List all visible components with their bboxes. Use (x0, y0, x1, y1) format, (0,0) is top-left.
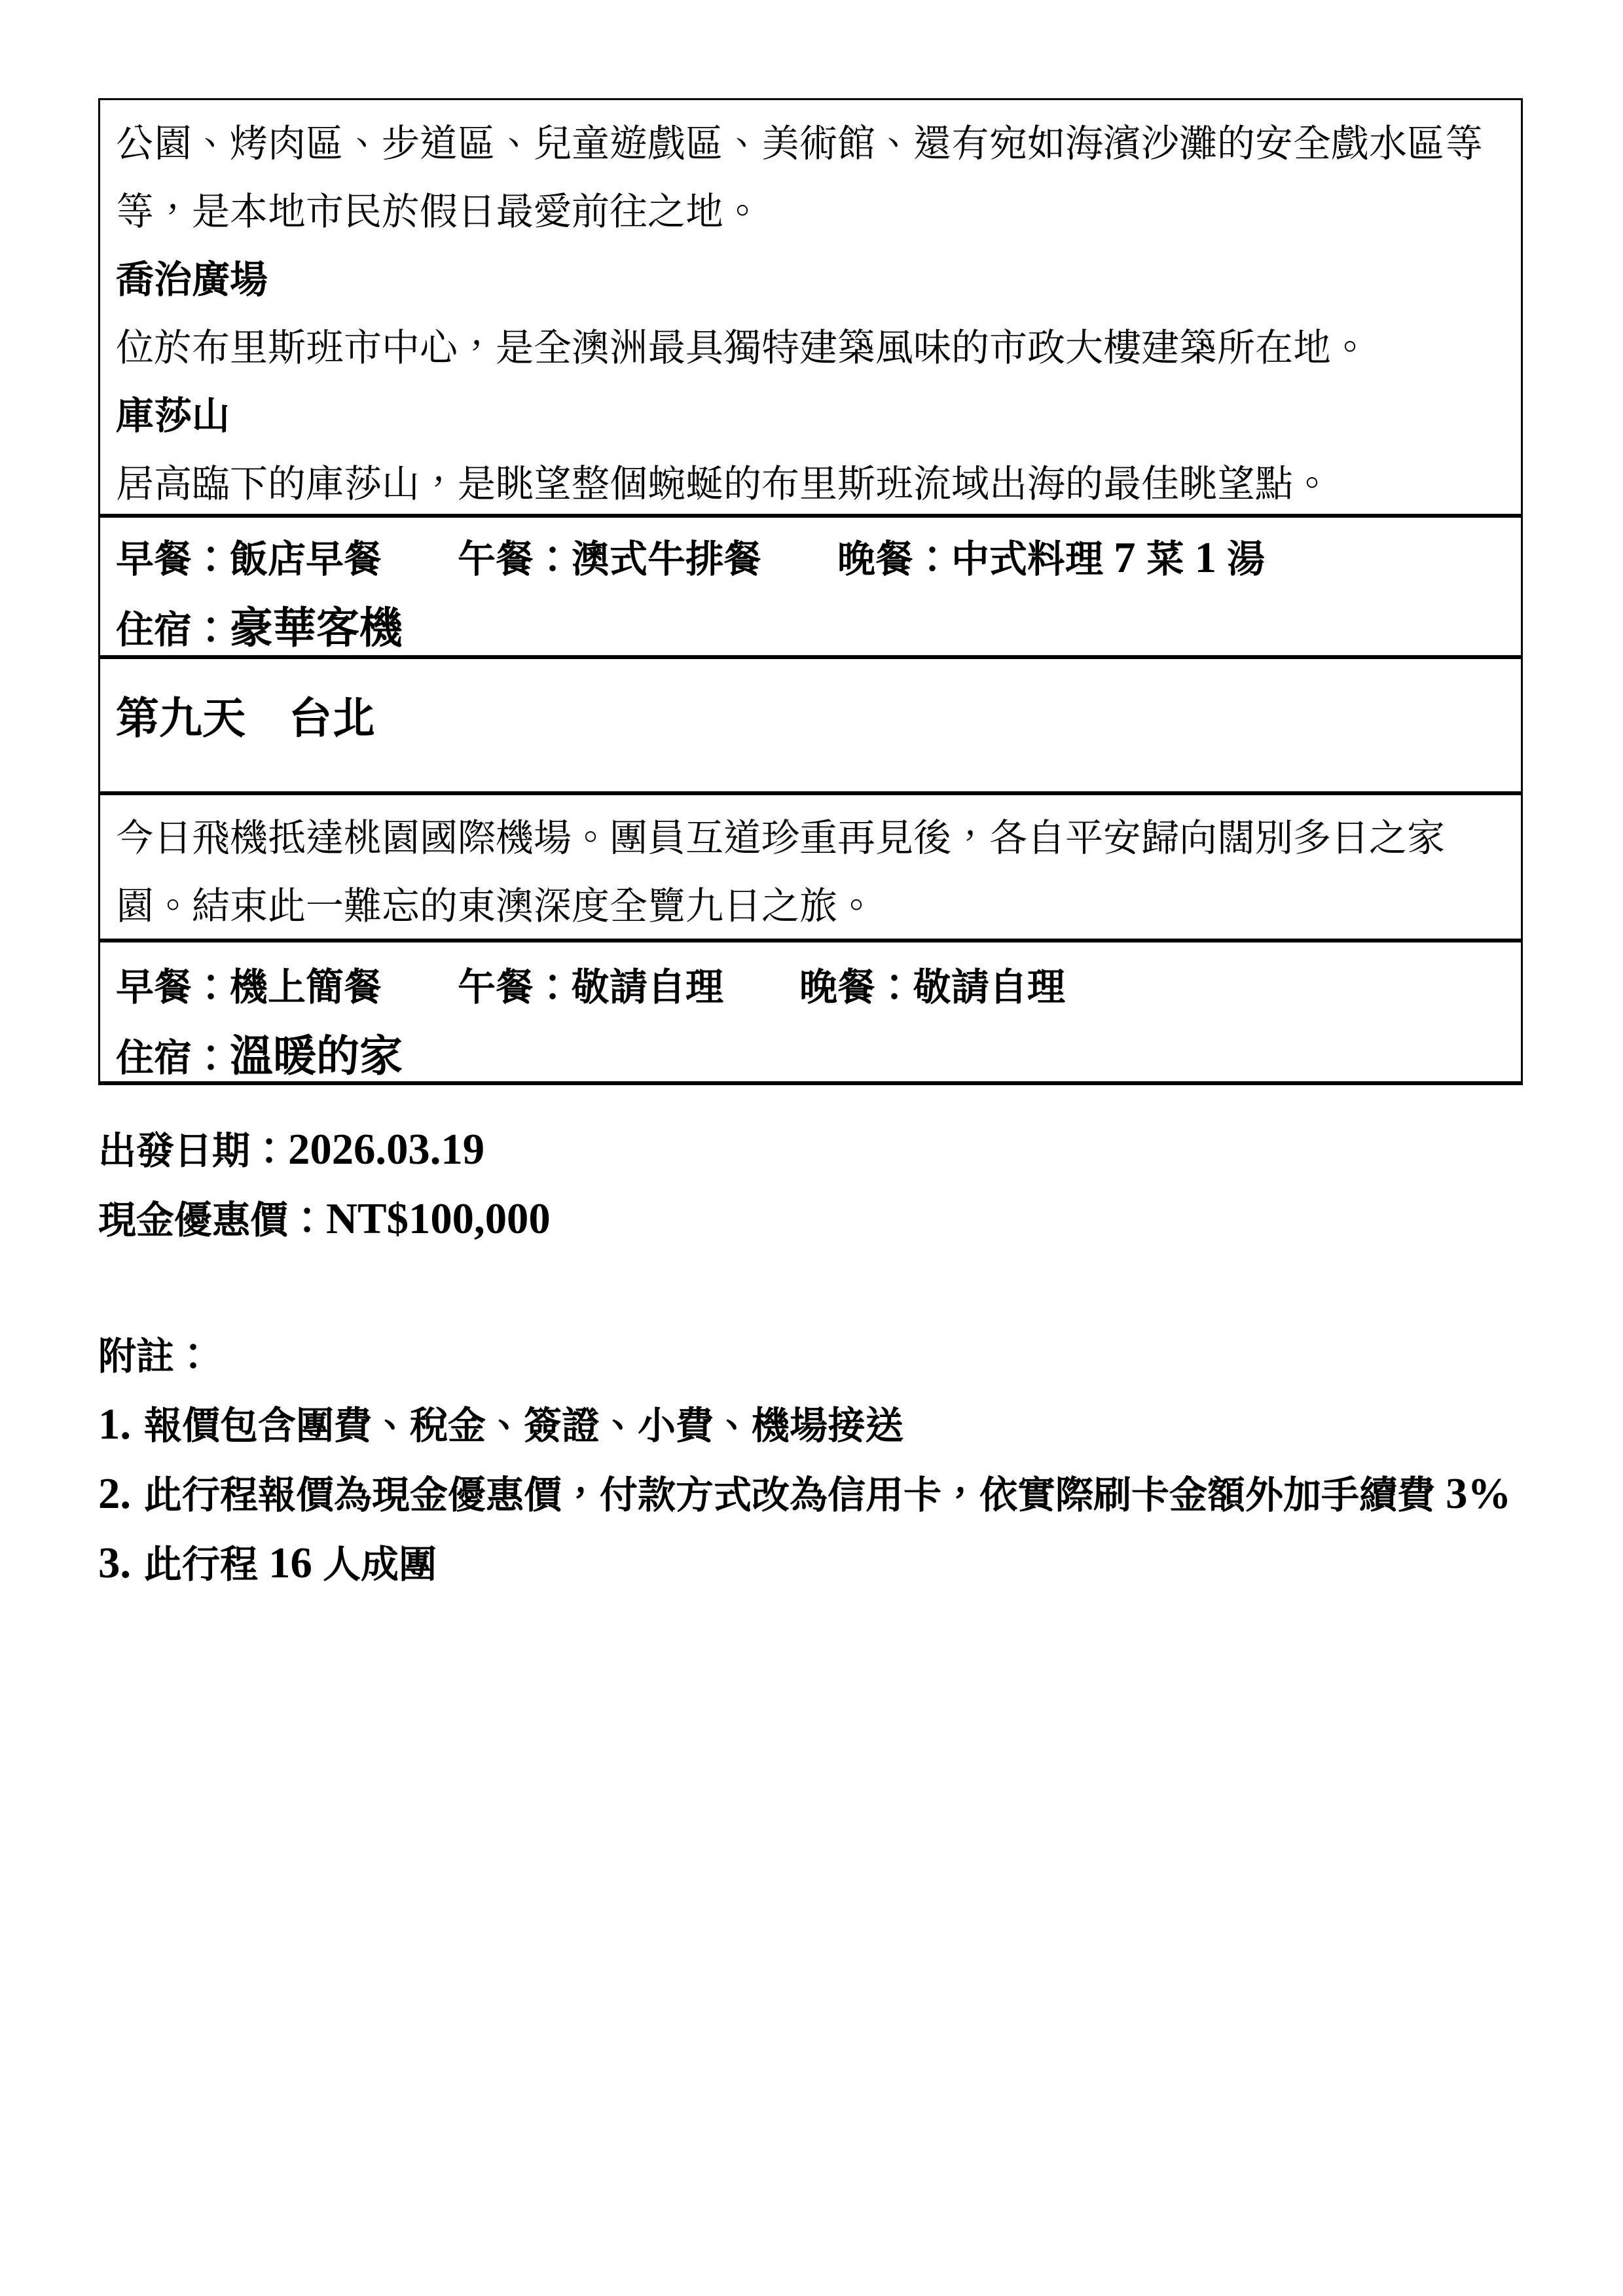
day8-meals-mid: 菜 (1135, 538, 1194, 581)
note-item-3: 3.此行程 16 人成團 (98, 1530, 1525, 1599)
day8-meals-post: 湯 (1216, 538, 1265, 581)
day8-paragraph-line2: 等，是本地市民於假日最愛前往之地。 (116, 178, 1505, 246)
day9-title: 第九天 台北 (116, 684, 1505, 752)
day8-lodging-label: 住宿： (116, 609, 230, 651)
mt-coottha-heading: 庫莎山 (116, 382, 1505, 450)
mt-coottha-text: 居高臨下的庫莎山，是眺望整個蜿蜒的布里斯班流域出海的最佳眺望點。 (116, 450, 1505, 518)
table-row-day9-meals: 早餐：機上簡餐 午餐：敬請自理 晚餐：敬請自理 住宿：溫暖的家 (100, 942, 1521, 1081)
note-3-text-pre: 此行程 (144, 1543, 268, 1586)
note-3-text-post: 人成團 (312, 1543, 437, 1586)
day9-lodging-line: 住宿：溫暖的家 (116, 1022, 1505, 1092)
george-square-heading: 喬治廣場 (116, 246, 1505, 314)
day8-lodging-line: 住宿：豪華客機 (116, 594, 1505, 664)
summary-and-notes: 出發日期：2026.03.19 現金優惠價：NT$100,000 附註： 1.報… (98, 1116, 1525, 1599)
george-square-text: 位於布里斯班市中心，是全澳洲最具獨特建築風味的市政大樓建築所在地。 (116, 314, 1505, 382)
itinerary-table: 公園、烤肉區、步道區、兒童遊戲區、美術館、還有宛如海濱沙灘的安全戲水區等 等，是… (98, 98, 1523, 1085)
departure-date-value: 2026.03.19 (288, 1126, 484, 1174)
document-page: 公園、烤肉區、步道區、兒童遊戲區、美術館、還有宛如海濱沙灘的安全戲水區等 等，是… (0, 0, 1623, 2296)
day8-lodging-value: 豪華客機 (230, 603, 403, 652)
day9-lodging-label: 住宿： (116, 1037, 230, 1079)
day9-paragraph-line2: 園。結束此一難忘的東澳深度全覽九日之旅。 (116, 872, 1505, 941)
day8-soup-count: 1 (1195, 534, 1216, 582)
note-item-1: 1.報價包含團費、稅金、簽證、小費、機場接送 (98, 1391, 1525, 1460)
note-1-number: 1. (98, 1401, 131, 1448)
day9-lodging-value: 溫暖的家 (230, 1031, 403, 1080)
cash-price-label: 現金優惠價： (98, 1199, 326, 1242)
day8-meals-text: 早餐：飯店早餐 午餐：澳式牛排餐 晚餐：中式料理 (116, 538, 1114, 581)
note-1-text: 報價包含團費、稅金、簽證、小費、機場接送 (144, 1405, 903, 1447)
note-3-group-size: 16 (268, 1539, 312, 1587)
note-2-surcharge-value: 3% (1446, 1470, 1511, 1518)
table-row-day9-title: 第九天 台北 (100, 659, 1521, 795)
note-3-number: 3. (98, 1539, 131, 1587)
table-row-day9-description: 今日飛機抵達桃園國際機場。團員互道珍重再見後，各自平安歸向闊別多日之家 園。結束… (100, 795, 1521, 942)
cash-price-value: NT$100,000 (326, 1195, 551, 1243)
table-row-day8-description: 公園、烤肉區、步道區、兒童遊戲區、美術館、還有宛如海濱沙灘的安全戲水區等 等，是… (100, 100, 1521, 518)
note-2-text: 此行程報價為現金優惠價，付款方式改為信用卡，依實際刷卡金額外加手續費 (144, 1474, 1446, 1516)
day9-paragraph-line1: 今日飛機抵達桃園國際機場。團員互道珍重再見後，各自平安歸向闊別多日之家 (116, 804, 1505, 872)
departure-date-label: 出發日期： (98, 1130, 288, 1172)
cash-price-line: 現金優惠價：NT$100,000 (98, 1185, 1525, 1255)
notes-heading: 附註： (98, 1323, 1525, 1391)
day8-meals-line: 早餐：飯店早餐 午餐：澳式牛排餐 晚餐：中式料理 7 菜 1 湯 (116, 524, 1505, 594)
note-2-number: 2. (98, 1470, 131, 1518)
note-item-2: 2.此行程報價為現金優惠價，付款方式改為信用卡，依實際刷卡金額外加手續費 3% (98, 1460, 1525, 1530)
day8-dishes-count: 7 (1114, 534, 1135, 582)
day9-meals-line: 早餐：機上簡餐 午餐：敬請自理 晚餐：敬請自理 (116, 954, 1505, 1022)
spacer (98, 1255, 1525, 1323)
day8-paragraph-line1: 公園、烤肉區、步道區、兒童遊戲區、美術館、還有宛如海濱沙灘的安全戲水區等 (116, 110, 1505, 178)
table-row-day8-meals: 早餐：飯店早餐 午餐：澳式牛排餐 晚餐：中式料理 7 菜 1 湯 住宿：豪華客機 (100, 518, 1521, 659)
departure-date-line: 出發日期：2026.03.19 (98, 1116, 1525, 1185)
